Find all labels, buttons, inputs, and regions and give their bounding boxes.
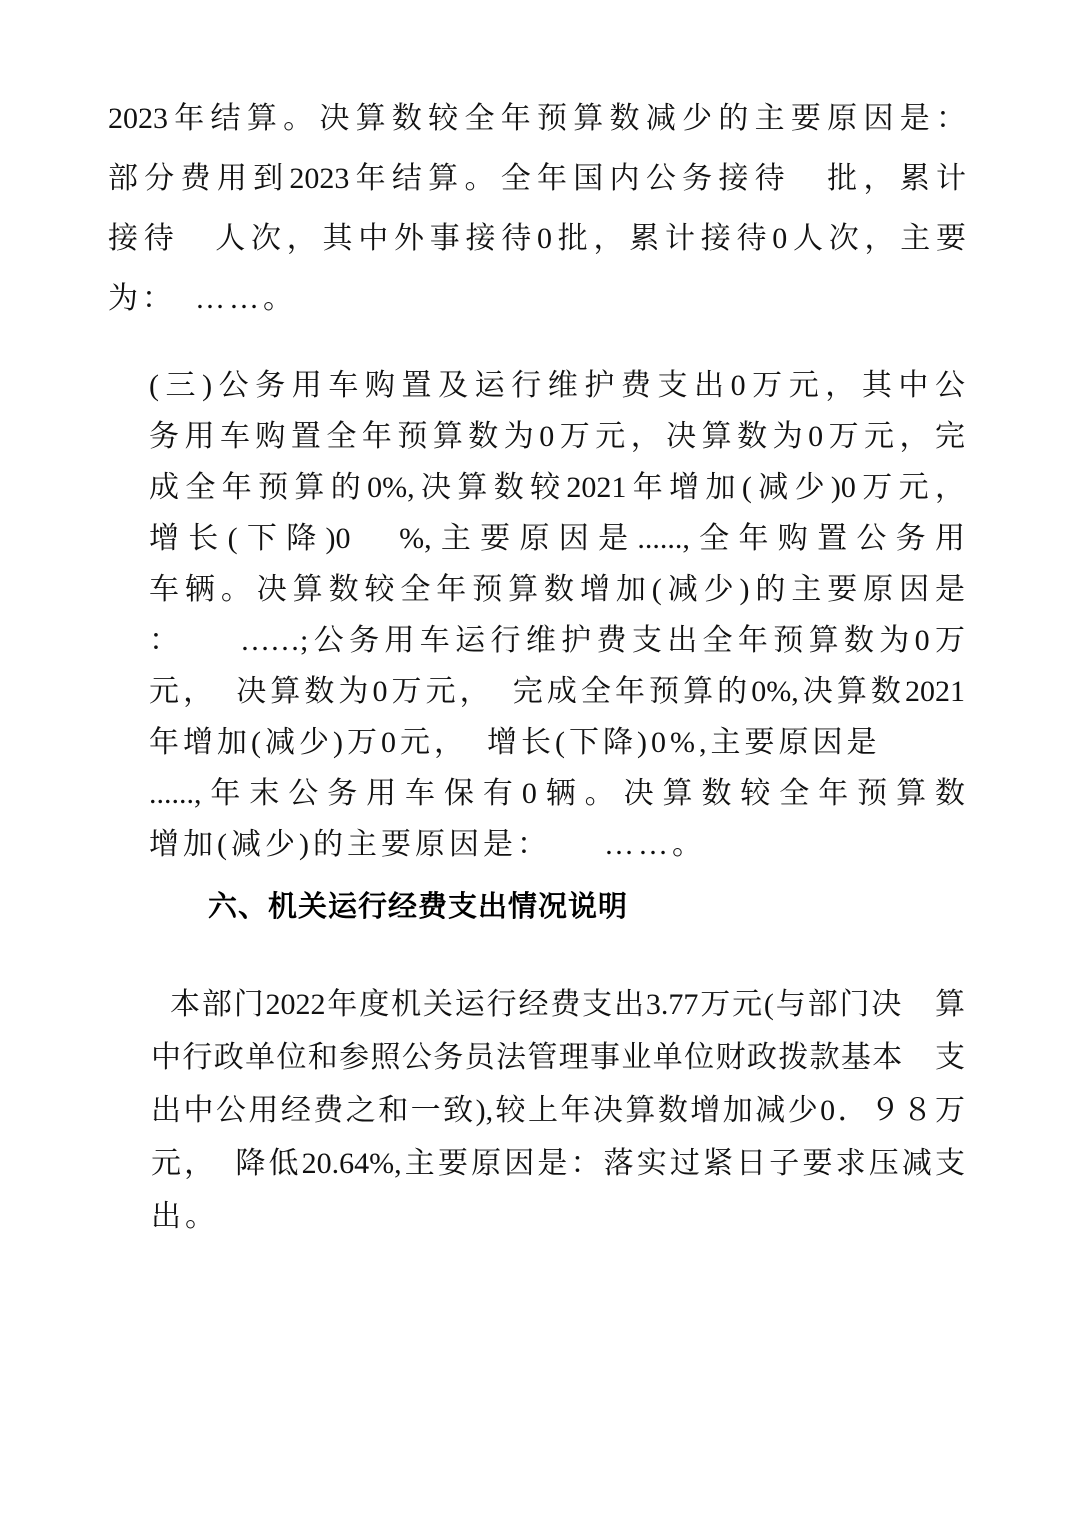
paragraph-operating-expense: 本部门2022年度机关运行经费支出3.77万元(与部门决 算 中行政单位和参照公… <box>151 978 965 1243</box>
document-page: 2023年结算。决算数较全年预算数减少的主要原因是： 部分费用到2023年结算。… <box>0 0 1072 1527</box>
text-line: ......,年末公务用车保有0辆。决算数较全年预算数 <box>149 768 965 819</box>
text-line: 出。 <box>151 1190 965 1243</box>
text-line: 为： ……。 <box>108 269 966 329</box>
text-line: 增加(减少)的主要原因是： ……。 <box>149 819 965 870</box>
text-line: ： ……;公务用车运行维护费支出全年预算数为0万 <box>149 615 965 666</box>
text-line: 务用车购置全年预算数为0万元，决算数为0万元，完 <box>149 411 965 462</box>
paragraph-official-reception: 2023年结算。决算数较全年预算数减少的主要原因是： 部分费用到2023年结算。… <box>108 89 966 329</box>
text-line: 增长(下降)0 %,主要原因是......,全年购置公务用 <box>149 513 965 564</box>
text-line: 部分费用到2023年结算。全年国内公务接待 批，累计 <box>108 149 966 209</box>
text-line: 中行政单位和参照公务员法管理事业单位财政拨款基本 支 <box>151 1031 965 1084</box>
text-line: 2023年结算。决算数较全年预算数减少的主要原因是： <box>108 89 966 149</box>
paragraph-official-vehicle-expense: (三)公务用车购置及运行维护费支出0万元，其中公 务用车购置全年预算数为0万元，… <box>149 360 965 870</box>
text-line: 元， 决算数为0万元， 完成全年预算的0%,决算数2021 <box>149 666 965 717</box>
text-line: 元， 降低20.64%,主要原因是：落实过紧日子要求压减支 <box>151 1137 965 1190</box>
section-6-heading: 六、机关运行经费支出情况说明 <box>208 884 628 925</box>
text-line: 成全年预算的0%,决算数较2021年增加(减少)0万元， <box>149 462 965 513</box>
text-line: 年增加(减少)万0元， 增长(下降)0%,主要原因是 <box>149 717 965 768</box>
text-line: 车辆。决算数较全年预算数增加(减少)的主要原因是 <box>149 564 965 615</box>
text-line: (三)公务用车购置及运行维护费支出0万元，其中公 <box>149 360 965 411</box>
text-line: 接待 人次，其中外事接待0批，累计接待0人次，主要 <box>108 209 966 269</box>
text-line: 本部门2022年度机关运行经费支出3.77万元(与部门决 算 <box>151 978 965 1031</box>
text-line: 出中公用经费之和一致),较上年决算数增加减少0．９８万 <box>151 1084 965 1137</box>
